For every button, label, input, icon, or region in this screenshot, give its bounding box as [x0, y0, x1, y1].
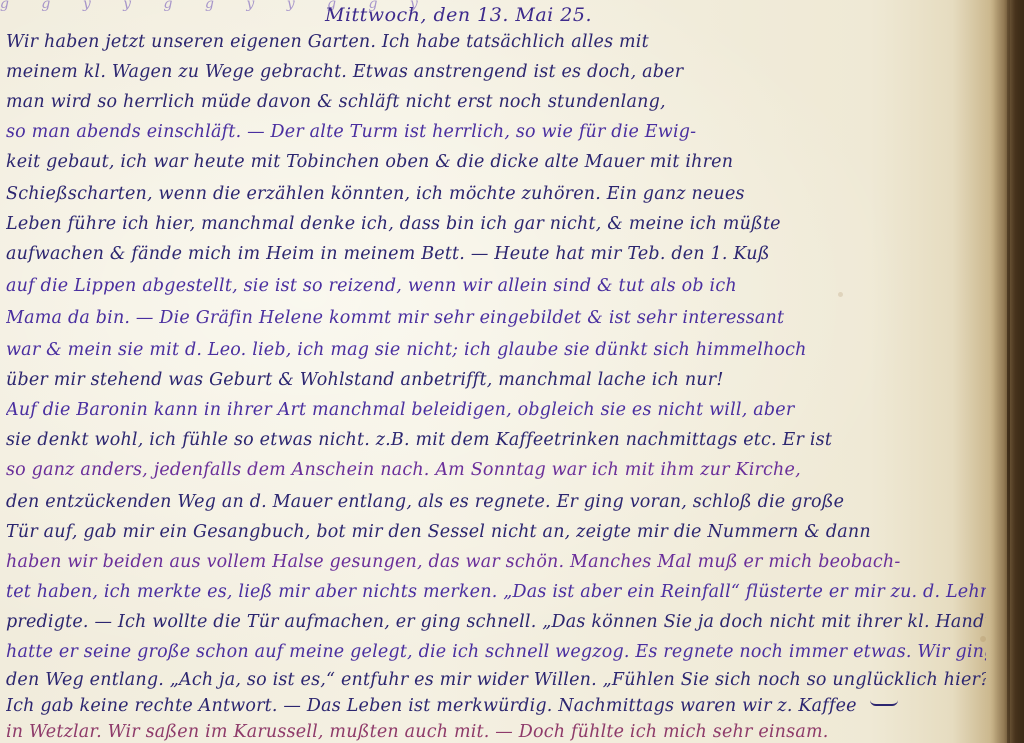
diary-page: g g y y g g y y g g y Mittwoch, den 13. … — [0, 0, 1024, 743]
diary-line-11: war & mein sie mit d. Leo. lieb, ich mag… — [6, 340, 986, 360]
diary-line-4: so man abends einschläft. — Der alte Tur… — [6, 122, 986, 142]
diary-line-8: aufwachen & fände mich im Heim in meinem… — [6, 244, 986, 264]
paper-spot — [980, 636, 986, 642]
closing-flourish — [870, 700, 898, 706]
diary-line-14: sie denkt wohl, ich fühle so etwas nicht… — [6, 430, 986, 450]
diary-line-6: Schießscharten, wenn die erzählen könnte… — [6, 184, 986, 204]
diary-line-13: Auf die Baronin kann in ihrer Art manchm… — [6, 400, 986, 420]
diary-line-19: tet haben, ich merkte es, ließ mir aber … — [6, 582, 986, 602]
diary-line-2: meinem kl. Wagen zu Wege gebracht. Etwas… — [6, 62, 986, 82]
entry-date-heading: Mittwoch, den 13. Mai 25. — [325, 4, 592, 26]
diary-line-3: man wird so herrlich müde davon & schläf… — [6, 92, 986, 112]
diary-line-16: den entzückenden Weg an d. Mauer entlang… — [6, 492, 986, 512]
diary-line-15: so ganz anders, jedenfalls dem Anschein … — [6, 460, 986, 480]
diary-line-18: haben wir beiden aus vollem Halse gesung… — [6, 552, 986, 572]
diary-line-1: Wir haben jetzt unseren eigenen Garten. … — [6, 32, 986, 52]
paper-spot — [838, 292, 843, 297]
diary-line-23: Ich gab keine rechte Antwort. — Das Lebe… — [6, 696, 986, 716]
binding-crease — [1007, 0, 1010, 743]
diary-line-20: predigte. — Ich wollte die Tür aufmachen… — [6, 612, 986, 632]
diary-line-5: keit gebaut, ich war heute mit Tobinchen… — [6, 152, 986, 172]
diary-line-10: Mama da bin. — Die Gräfin Helene kommt m… — [6, 308, 986, 328]
diary-line-24: in Wetzlar. Wir saßen im Karussell, mußt… — [6, 722, 986, 742]
diary-line-12: über mir stehend was Geburt & Wohlstand … — [6, 370, 986, 390]
diary-line-7: Leben führe ich hier, manchmal denke ich… — [6, 214, 986, 234]
diary-line-21: hatte er seine große schon auf meine gel… — [6, 642, 986, 662]
diary-line-22: den Weg entlang. „Ach ja, so ist es,“ en… — [6, 670, 986, 690]
diary-line-17: Tür auf, gab mir ein Gesangbuch, bot mir… — [6, 522, 986, 542]
